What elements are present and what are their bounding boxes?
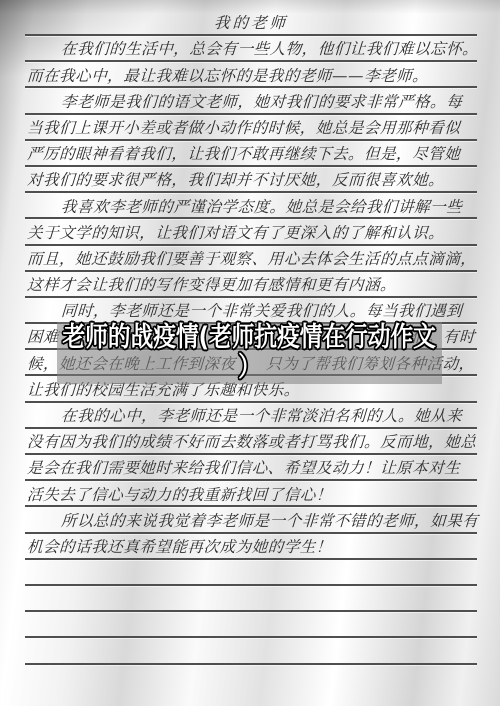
overlay-title-line2: ） xyxy=(238,353,261,383)
essay-title-row: 我的老师 xyxy=(25,0,477,36)
essay-line: 在我们的生活中，总会有一些人物，他们让我们难以忘怀。 xyxy=(25,36,477,62)
essay-line: 所以总的来说我觉着李老师是一个非常不错的老师，如果有 xyxy=(25,507,477,533)
essay-line-text: 让我们的校园生活充满了乐趣和快乐。 xyxy=(27,382,301,400)
essay-line-text: 活失去了信心与动力的我重新找回了信心！ xyxy=(27,487,333,505)
overlay-title-line1: 老师的战疫情(老师抗疫情在行动作文 xyxy=(63,323,436,353)
essay-line-text: 而在我心中，最让我难以忘怀的是我的老师——李老师。 xyxy=(27,68,429,86)
empty-rule-line xyxy=(25,586,477,612)
essay-line: 而且，她还鼓励我们要善于观察、用心去体会生活的点点滴滴， xyxy=(25,246,477,272)
essay-line-text: 机会的话我还真希望能再次成为她的学生！ xyxy=(27,539,333,557)
essay-line-text: 同时，李老师还是一个非常关爱我们的人。每当我们遇到 xyxy=(61,303,463,321)
empty-rule-line xyxy=(25,638,477,664)
essay-line: 同时，李老师还是一个非常关爱我们的人。每当我们遇到 xyxy=(25,298,477,324)
essay-line: 这样才会让我们的写作变得更加有感情和更有内涵。 xyxy=(25,272,477,298)
empty-rule-line xyxy=(25,560,477,586)
essay-line: 活失去了信心与动力的我重新找回了信心！ xyxy=(25,481,477,507)
essay-line-text: 而且，她还鼓励我们要善于观察、用心去体会生活的点点滴滴， xyxy=(27,251,477,269)
essay-line: 当我们上课开小差或者做小动作的时候，她总是会用那种看似 xyxy=(25,115,477,141)
essay-line: 是会在我们需要她时来给我们信心、希望及动力！让原本对生 xyxy=(25,455,477,481)
essay-line-text: 当我们上课开小差或者做小动作的时候，她总是会用那种看似 xyxy=(27,120,461,138)
essay-line: 机会的话我还真希望能再次成为她的学生！ xyxy=(25,534,477,560)
essay-line: 关于文学的知识，让我们对语文有了更深入的了解和认识。 xyxy=(25,219,477,245)
essay-line: 对我们的要求很严格，我们却并不讨厌她，反而很喜欢她。 xyxy=(25,167,477,193)
essay-line: 严厉的眼神看着我们，让我们不敢再继续下去。但是，尽管她 xyxy=(25,141,477,167)
essay-line-text: 严厉的眼神看着我们，让我们不敢再继续下去。但是，尽管她 xyxy=(27,146,461,164)
essay-line-text: 在我们的生活中，总会有一些人物，他们让我们难以忘怀。 xyxy=(61,41,479,59)
empty-rule-line xyxy=(25,612,477,638)
essay-line-text-left: 困难 xyxy=(27,329,60,347)
essay-line-text: 我喜欢李老师的严谨治学态度。她总是会给我们讲解一些 xyxy=(61,199,463,217)
essay-line: 在我的心中，李老师还是一个非常淡泊名利的人。她从来 xyxy=(25,403,477,429)
essay-line-text: 所以总的来说我觉着李老师是一个非常不错的老师，如果有 xyxy=(61,513,479,531)
essay-title: 我的老师 xyxy=(214,15,289,33)
essay-line-text: 在我的心中，李老师还是一个非常淡泊名利的人。她从来 xyxy=(61,408,463,426)
essay-line-text: 是会在我们需要她时来给我们信心、希望及动力！让原本对生 xyxy=(27,460,461,478)
essay-line-text: 对我们的要求很严格，我们却并不讨厌她，反而很喜欢她。 xyxy=(27,172,445,190)
seo-title-overlay: 老师的战疫情(老师抗疫情在行动作文 ） xyxy=(57,322,442,384)
essay-line: 我喜欢李老师的严谨治学态度。她总是会给我们讲解一些 xyxy=(25,193,477,219)
essay-line-text: 没有因为我们的成绩不好而去数落或者打骂我们。反而地，她总 xyxy=(27,434,477,452)
essay-line-text: 这样才会让我们的写作变得更加有感情和更有内涵。 xyxy=(27,277,397,295)
essay-line: 李老师是我们的语文老师，她对我们的要求非常严格。每 xyxy=(25,88,477,114)
notebook-page: 我的老师 在我们的生活中，总会有一些人物，他们让我们难以忘怀。 而在我心中，最让… xyxy=(0,0,500,706)
essay-line-text: 李老师是我们的语文老师，她对我们的要求非常严格。每 xyxy=(61,94,463,112)
essay-line-text: 关于文学的知识，让我们对语文有了更深入的了解和认识。 xyxy=(27,225,445,243)
essay-line: 而在我心中，最让我难以忘怀的是我的老师——李老师。 xyxy=(25,62,477,88)
essay-line: 没有因为我们的成绩不好而去数落或者打骂我们。反而地，她总 xyxy=(25,429,477,455)
